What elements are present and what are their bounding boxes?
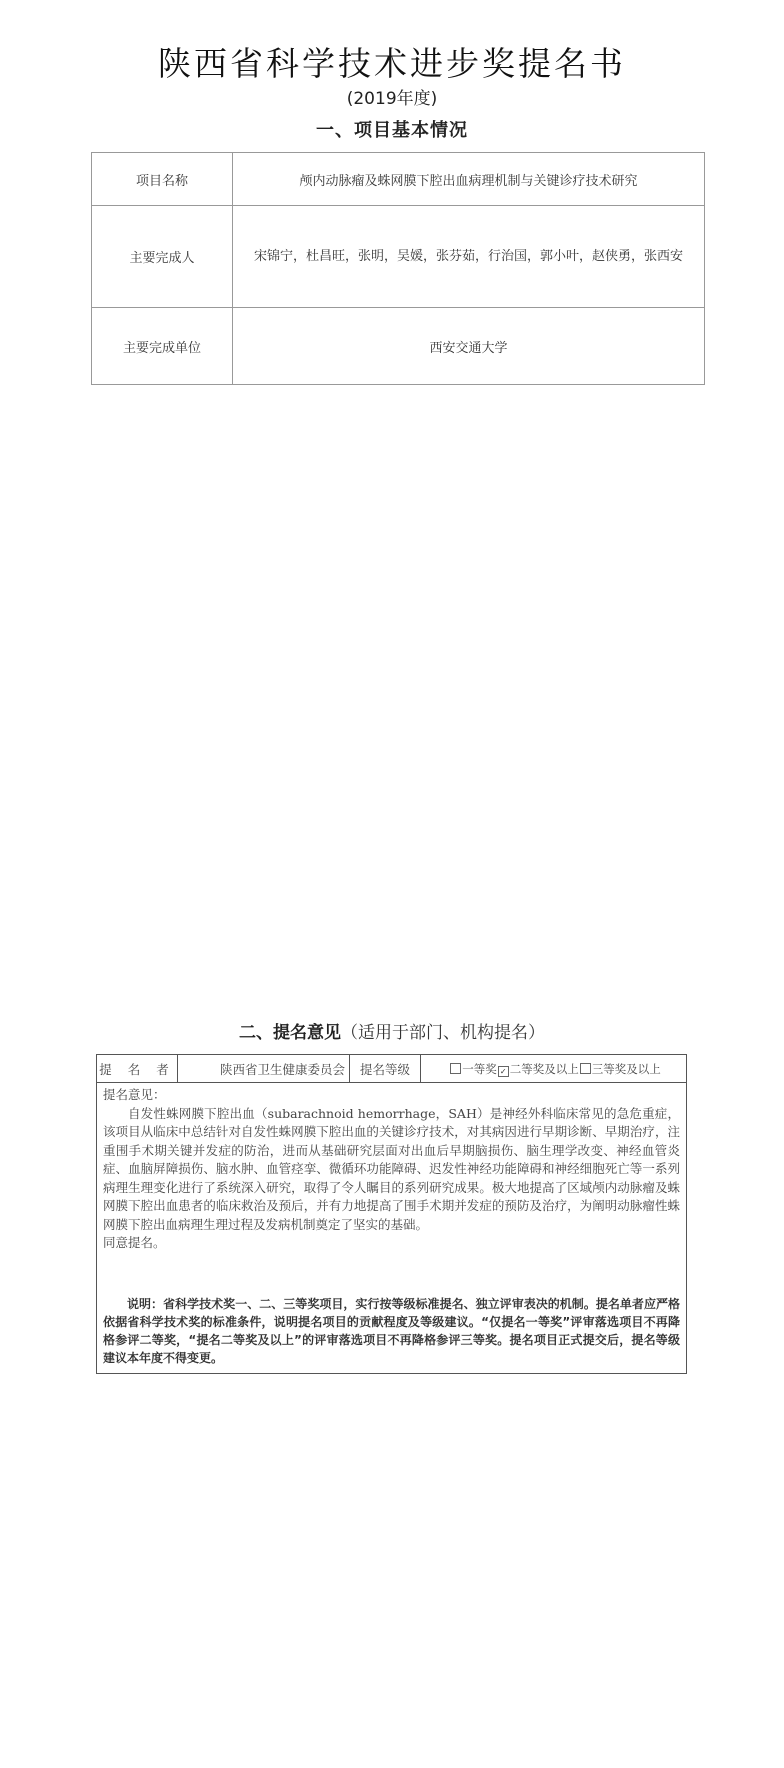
level-first-label: 一等奖 xyxy=(462,1062,497,1076)
nomination-level-label: 提名等级 xyxy=(350,1055,421,1083)
main-contributors-value: 宋锦宁，杜昌旺，张明，吴媛，张芬茹，行治国，郭小叶，赵侠勇，张西安 xyxy=(233,206,705,308)
table-row-project-name: 项目名称 颅内动脉瘤及蛛网膜下腔出血病理机制与关键诊疗技术研究 xyxy=(92,153,705,206)
nomination-note: 说明：省科学技术奖一、二、三等奖项目，实行按等级标准提名、独立评审表决的机制。提… xyxy=(103,1295,680,1367)
level-first-checkbox[interactable] xyxy=(450,1063,461,1074)
section-basic-info-title: 一、项目基本情况 xyxy=(0,116,784,142)
main-units-value: 西安交通大学 xyxy=(233,308,705,385)
nomination-table: 提 名 者 陕西省卫生健康委员会 提名等级 一等奖✓二等奖及以上三等奖及以上 提… xyxy=(96,1054,687,1374)
main-units-label: 主要完成单位 xyxy=(92,308,233,385)
level-third-checkbox[interactable] xyxy=(580,1063,591,1074)
table-row-main-contributors: 主要完成人 宋锦宁，杜昌旺，张明，吴媛，张芬茹，行治国，郭小叶，赵侠勇，张西安 xyxy=(92,206,705,308)
level-second-label: 二等奖及以上 xyxy=(510,1062,579,1076)
main-contributors-label: 主要完成人 xyxy=(92,206,233,308)
project-name-label: 项目名称 xyxy=(92,153,233,206)
basic-info-table: 项目名称 颅内动脉瘤及蛛网膜下腔出血病理机制与关键诊疗技术研究 主要完成人 宋锦… xyxy=(91,152,705,385)
table-row-main-units: 主要完成单位 西安交通大学 xyxy=(92,308,705,385)
opinion-text: 自发性蛛网膜下腔出血（subarachnoid hemorrhage，SAH）是… xyxy=(103,1105,680,1235)
section-nomination-title: 二、提名意见（适用于部门、机构提名） xyxy=(0,1018,784,1043)
nomination-opinion-row: 提名意见： 自发性蛛网膜下腔出血（subarachnoid hemorrhage… xyxy=(97,1083,687,1374)
document-title: 陕西省科学技术进步奖提名书 xyxy=(0,38,784,85)
nomination-header-row: 提 名 者 陕西省卫生健康委员会 提名等级 一等奖✓二等奖及以上三等奖及以上 xyxy=(97,1055,687,1083)
section-nomination-title-note: （适用于部门、机构提名） xyxy=(341,1023,545,1043)
nominator-label: 提 名 者 xyxy=(97,1055,178,1083)
document-year: (2019年度) xyxy=(0,84,784,109)
nomination-opinion-cell: 提名意见： 自发性蛛网膜下腔出血（subarachnoid hemorrhage… xyxy=(97,1083,687,1374)
nominator-value: 陕西省卫生健康委员会 xyxy=(178,1055,350,1083)
project-name-value: 颅内动脉瘤及蛛网膜下腔出血病理机制与关键诊疗技术研究 xyxy=(233,153,705,206)
section-nomination-title-bold: 二、提名意见 xyxy=(239,1023,341,1043)
opinion-label: 提名意见： xyxy=(103,1086,680,1105)
level-third-label: 三等奖及以上 xyxy=(592,1062,661,1076)
nomination-level-options: 一等奖✓二等奖及以上三等奖及以上 xyxy=(421,1055,687,1083)
opinion-agree: 同意提名。 xyxy=(103,1234,680,1253)
level-second-checkbox[interactable]: ✓ xyxy=(498,1066,509,1077)
